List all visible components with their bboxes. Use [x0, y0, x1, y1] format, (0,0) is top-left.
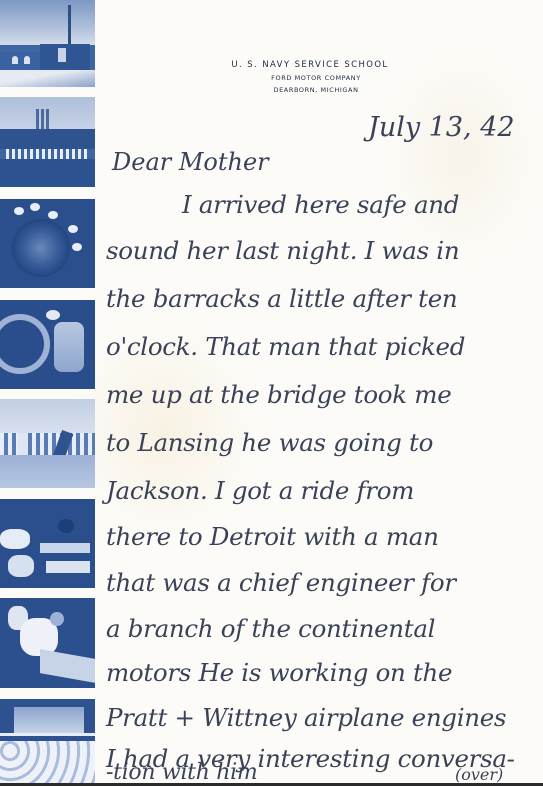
letter-salutation: Dear Mother — [112, 148, 269, 176]
photo-sailors-marching — [0, 97, 95, 187]
photo-workbench — [0, 598, 95, 688]
letterhead: U. S. NAVY SERVICE SCHOOL FORD MOTOR COM… — [200, 60, 450, 94]
photo-sailor-working — [0, 300, 95, 389]
letterhead-company: FORD MOTOR COMPANY — [182, 74, 450, 82]
letterhead-school-name: U. S. NAVY SERVICE SCHOOL — [170, 60, 450, 70]
letter-line: sound her last night. I was in — [106, 236, 459, 265]
photo-mess-hall — [0, 499, 95, 588]
letterhead-location: DEARBORN, MICHIGAN — [182, 86, 450, 94]
letter-line: that was a chief engineer for — [106, 568, 456, 597]
letter-line: me up at the bridge took me — [106, 380, 451, 409]
photo-school-buildings — [0, 0, 95, 87]
continuation-note: (over) — [455, 765, 503, 784]
photo-sailors-engine — [0, 199, 95, 288]
letter-line: the barracks a little after ten — [106, 284, 457, 313]
photo-sailors-exercising — [0, 399, 95, 488]
letter-line: o'clock. That man that picked — [106, 332, 465, 361]
letter-line: a branch of the continental — [106, 614, 435, 643]
photo-auditorium — [0, 699, 95, 783]
letter-date: July 13, 42 — [368, 112, 515, 143]
letter-line: Pratt + Wittney airplane engines — [106, 703, 506, 732]
letter-line: I arrived here safe and — [182, 190, 459, 219]
photo-strip — [0, 0, 96, 786]
letter-line: Jackson. I got a ride from — [106, 476, 414, 505]
letter-line: there to Detroit with a man — [106, 522, 439, 551]
letter-line: to Lansing he was going to — [106, 428, 433, 457]
letter-line: -tion with him — [106, 760, 257, 785]
letter-line: motors He is working on the — [106, 658, 452, 687]
